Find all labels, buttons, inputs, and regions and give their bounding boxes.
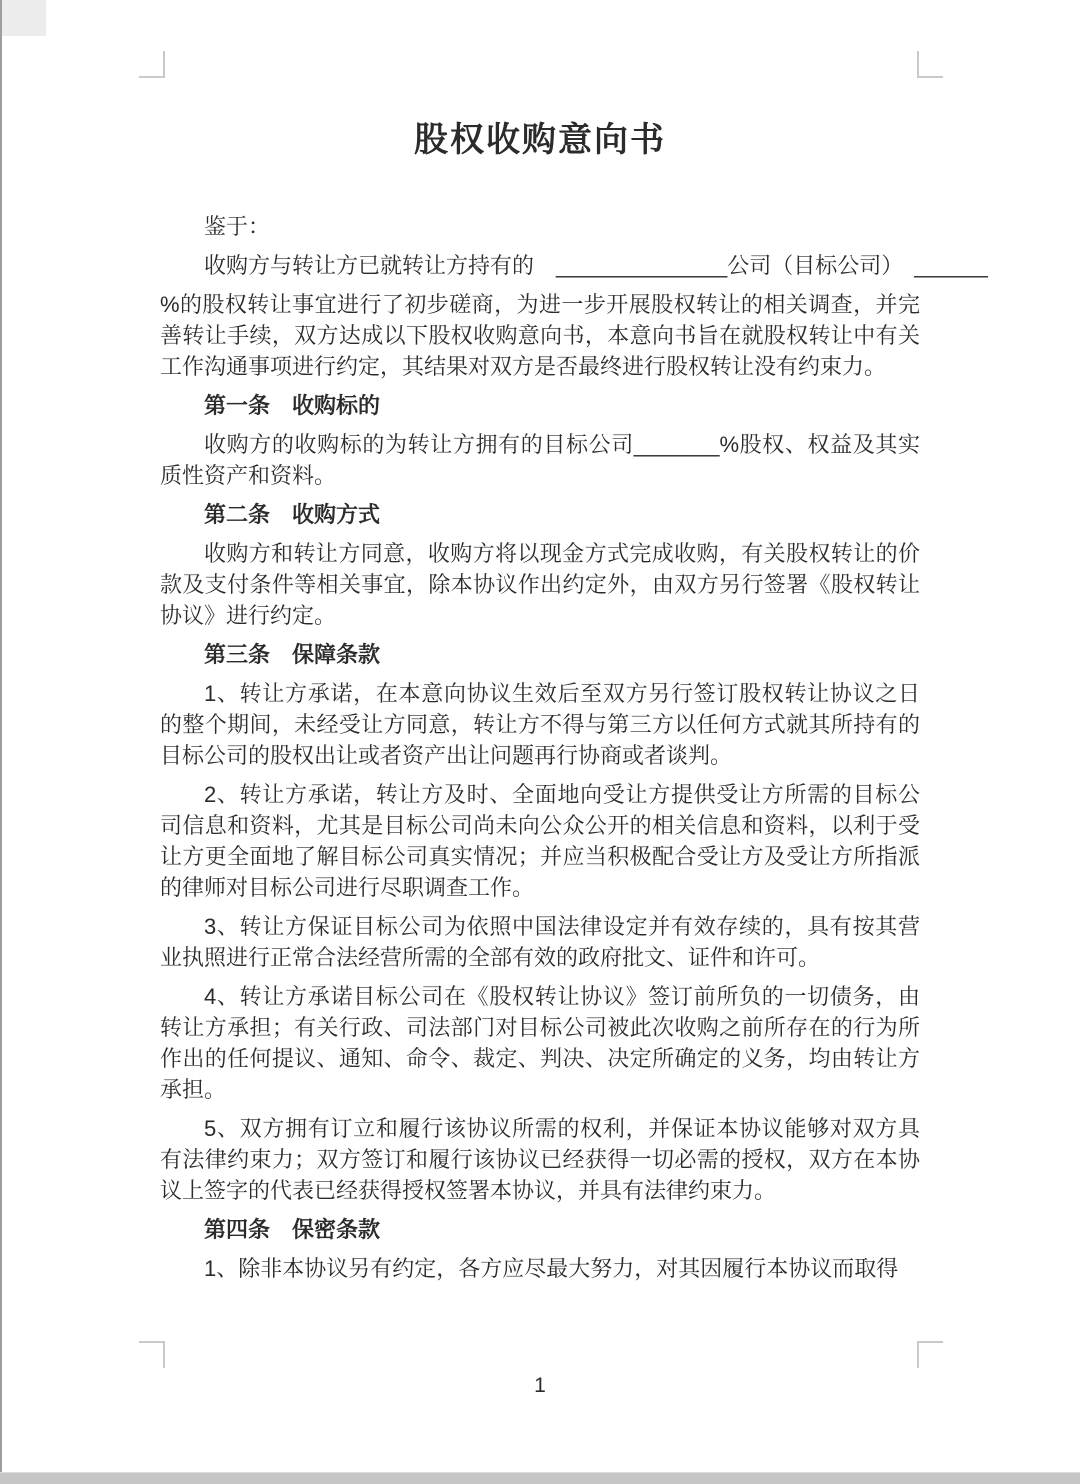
page-number: 1 (0, 1372, 1080, 1400)
paragraph: 3、转让方保证目标公司为依照中国法律设定并有效存续的，具有按其营业执照进行正常合… (160, 911, 920, 973)
paragraph: 4、转让方承诺目标公司在《股权转让协议》签订前所负的一切债务，由转让方承担；有关… (160, 981, 920, 1105)
document-viewer: 股权收购意向书 鉴于：收购方与转让方已就转让方持有的 _____________… (0, 0, 1080, 1484)
top-left-smudge (2, 0, 46, 36)
paragraph: 5、双方拥有订立和履行该协议所需的权利，并保证本协议能够对双方具有法律约束力；双… (160, 1113, 920, 1206)
document-page: 股权收购意向书 鉴于：收购方与转让方已就转让方持有的 _____________… (160, 118, 920, 1284)
paragraph: 2、转让方承诺，转让方及时、全面地向受让方提供受让方所需的目标公司信息和资料，尤… (160, 779, 920, 903)
paragraph: 收购方和转让方同意，收购方将以现金方式完成收购，有关股权转让的价款及支付条件等相… (160, 538, 920, 631)
paragraph: 收购方的收购标的为转让方拥有的目标公司_______%股权、权益及其实质性资产和… (160, 429, 920, 491)
paragraph: %的股权转让事宜进行了初步磋商，为进一步开展股权转让的相关调查，并完善转让手续，… (160, 289, 920, 382)
text-boundary-mark-top-right (917, 51, 943, 78)
text-boundary-mark-top-left (139, 51, 165, 78)
paragraph: 鉴于： (160, 211, 920, 242)
document-body: 鉴于：收购方与转让方已就转让方持有的 ______________公司（目标公司… (160, 211, 920, 1284)
text-boundary-mark-bottom-right (917, 1341, 943, 1368)
paragraph: 收购方与转让方已就转让方持有的 ______________公司（目标公司） _… (160, 250, 920, 281)
paragraph: 1、除非本协议另有约定，各方应尽最大努力，对其因履行本协议而取得 (160, 1253, 920, 1284)
section-heading: 第二条 收购方式 (160, 499, 920, 530)
document-title: 股权收购意向书 (160, 118, 920, 162)
section-heading: 第四条 保密条款 (160, 1214, 920, 1245)
page-left-edge-line (0, 0, 2, 1472)
paragraph: 1、转让方承诺，在本意向协议生效后至双方另行签订股权转让协议之日的整个期间，未经… (160, 678, 920, 771)
horizontal-scrollbar[interactable] (0, 1472, 1080, 1484)
text-boundary-mark-bottom-left (139, 1341, 165, 1368)
section-heading: 第三条 保障条款 (160, 639, 920, 670)
section-heading: 第一条 收购标的 (160, 390, 920, 421)
